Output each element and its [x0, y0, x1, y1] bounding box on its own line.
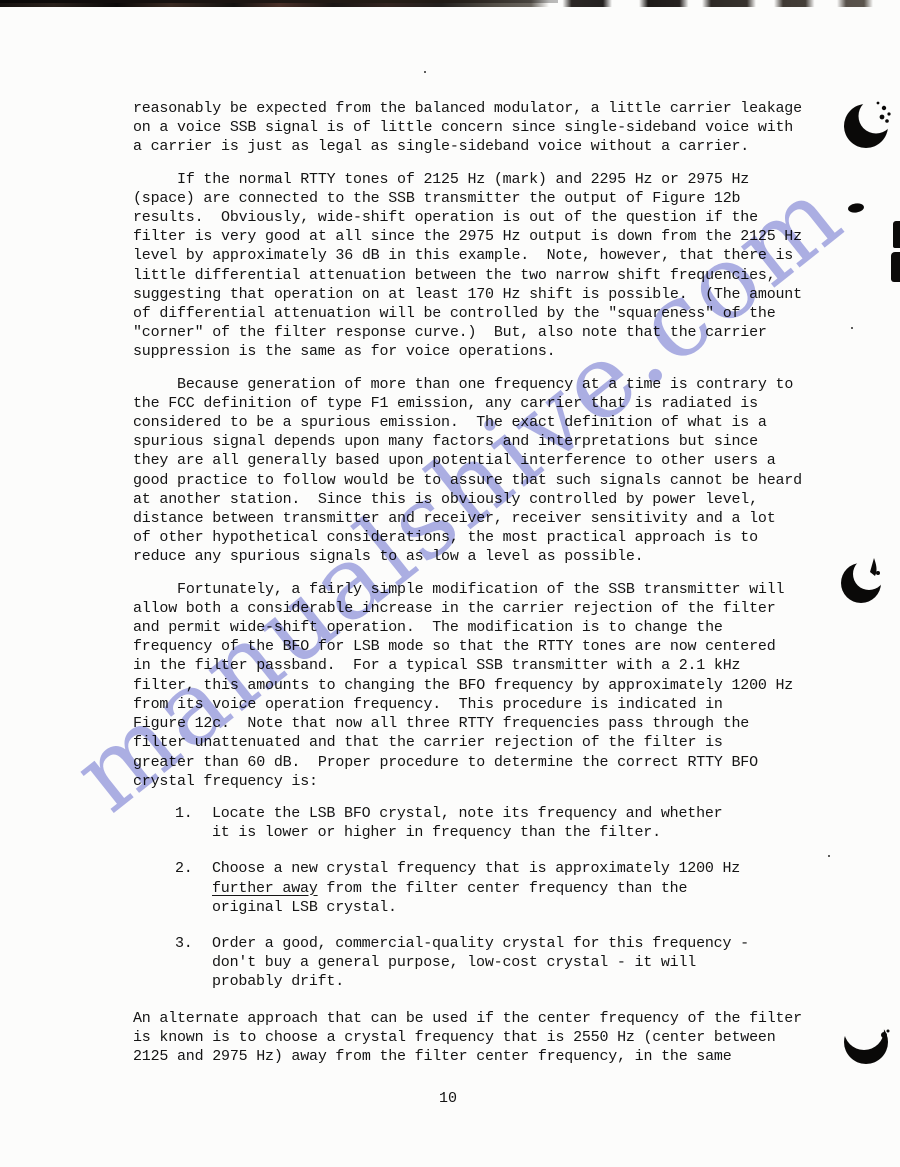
paragraph-3: Because generation of more than one freq…: [133, 375, 829, 567]
list-item-3-text: Order a good, commercial-quality crystal…: [212, 934, 829, 992]
scanned-document-page: manualshive.com reasonably be expected f…: [0, 0, 900, 1167]
page-text-column: reasonably be expected from the balanced…: [133, 99, 829, 1079]
list-item-2: 2. Choose a new crystal frequency that i…: [175, 859, 829, 917]
paragraph-1: reasonably be expected from the balanced…: [133, 99, 829, 157]
page-number: 10: [0, 1090, 896, 1107]
list-item-3-marker: 3.: [175, 934, 212, 992]
crescent-smudge-top-right-icon: [838, 96, 900, 156]
list-item-1-marker: 1.: [175, 804, 212, 842]
ink-dot-right-icon: [844, 200, 868, 216]
crescent-smudge-bottom-right-icon: [838, 1018, 900, 1074]
list-item-2-text: Choose a new crystal frequency that is a…: [212, 859, 829, 917]
list-item-1-text: Locate the LSB BFO crystal, note its fre…: [212, 804, 829, 842]
edge-bar-right-upper: [893, 221, 900, 248]
paragraph-4: Fortunately, a fairly simple modificatio…: [133, 580, 829, 791]
paper-speck: [828, 855, 830, 857]
edge-bar-right-lower: [891, 252, 900, 282]
paragraph-2: If the normal RTTY tones of 2125 Hz (mar…: [133, 170, 829, 362]
numbered-list: 1. Locate the LSB BFO crystal, note its …: [175, 804, 829, 992]
paper-speck: [424, 71, 426, 73]
list-item-1: 1. Locate the LSB BFO crystal, note its …: [175, 804, 829, 842]
list-item-2-marker: 2.: [175, 859, 212, 917]
crescent-smudge-middle-right-icon: [834, 550, 896, 612]
scan-edge-artifact: [0, 0, 900, 7]
list-item-2-text-before: Choose a new crystal frequency that is a…: [212, 860, 740, 877]
list-item-2-underlined-phrase: further away: [212, 880, 318, 897]
list-item-3: 3. Order a good, commercial-quality crys…: [175, 934, 829, 992]
paper-speck: [851, 327, 853, 329]
paragraph-5: An alternate approach that can be used i…: [133, 1009, 829, 1067]
